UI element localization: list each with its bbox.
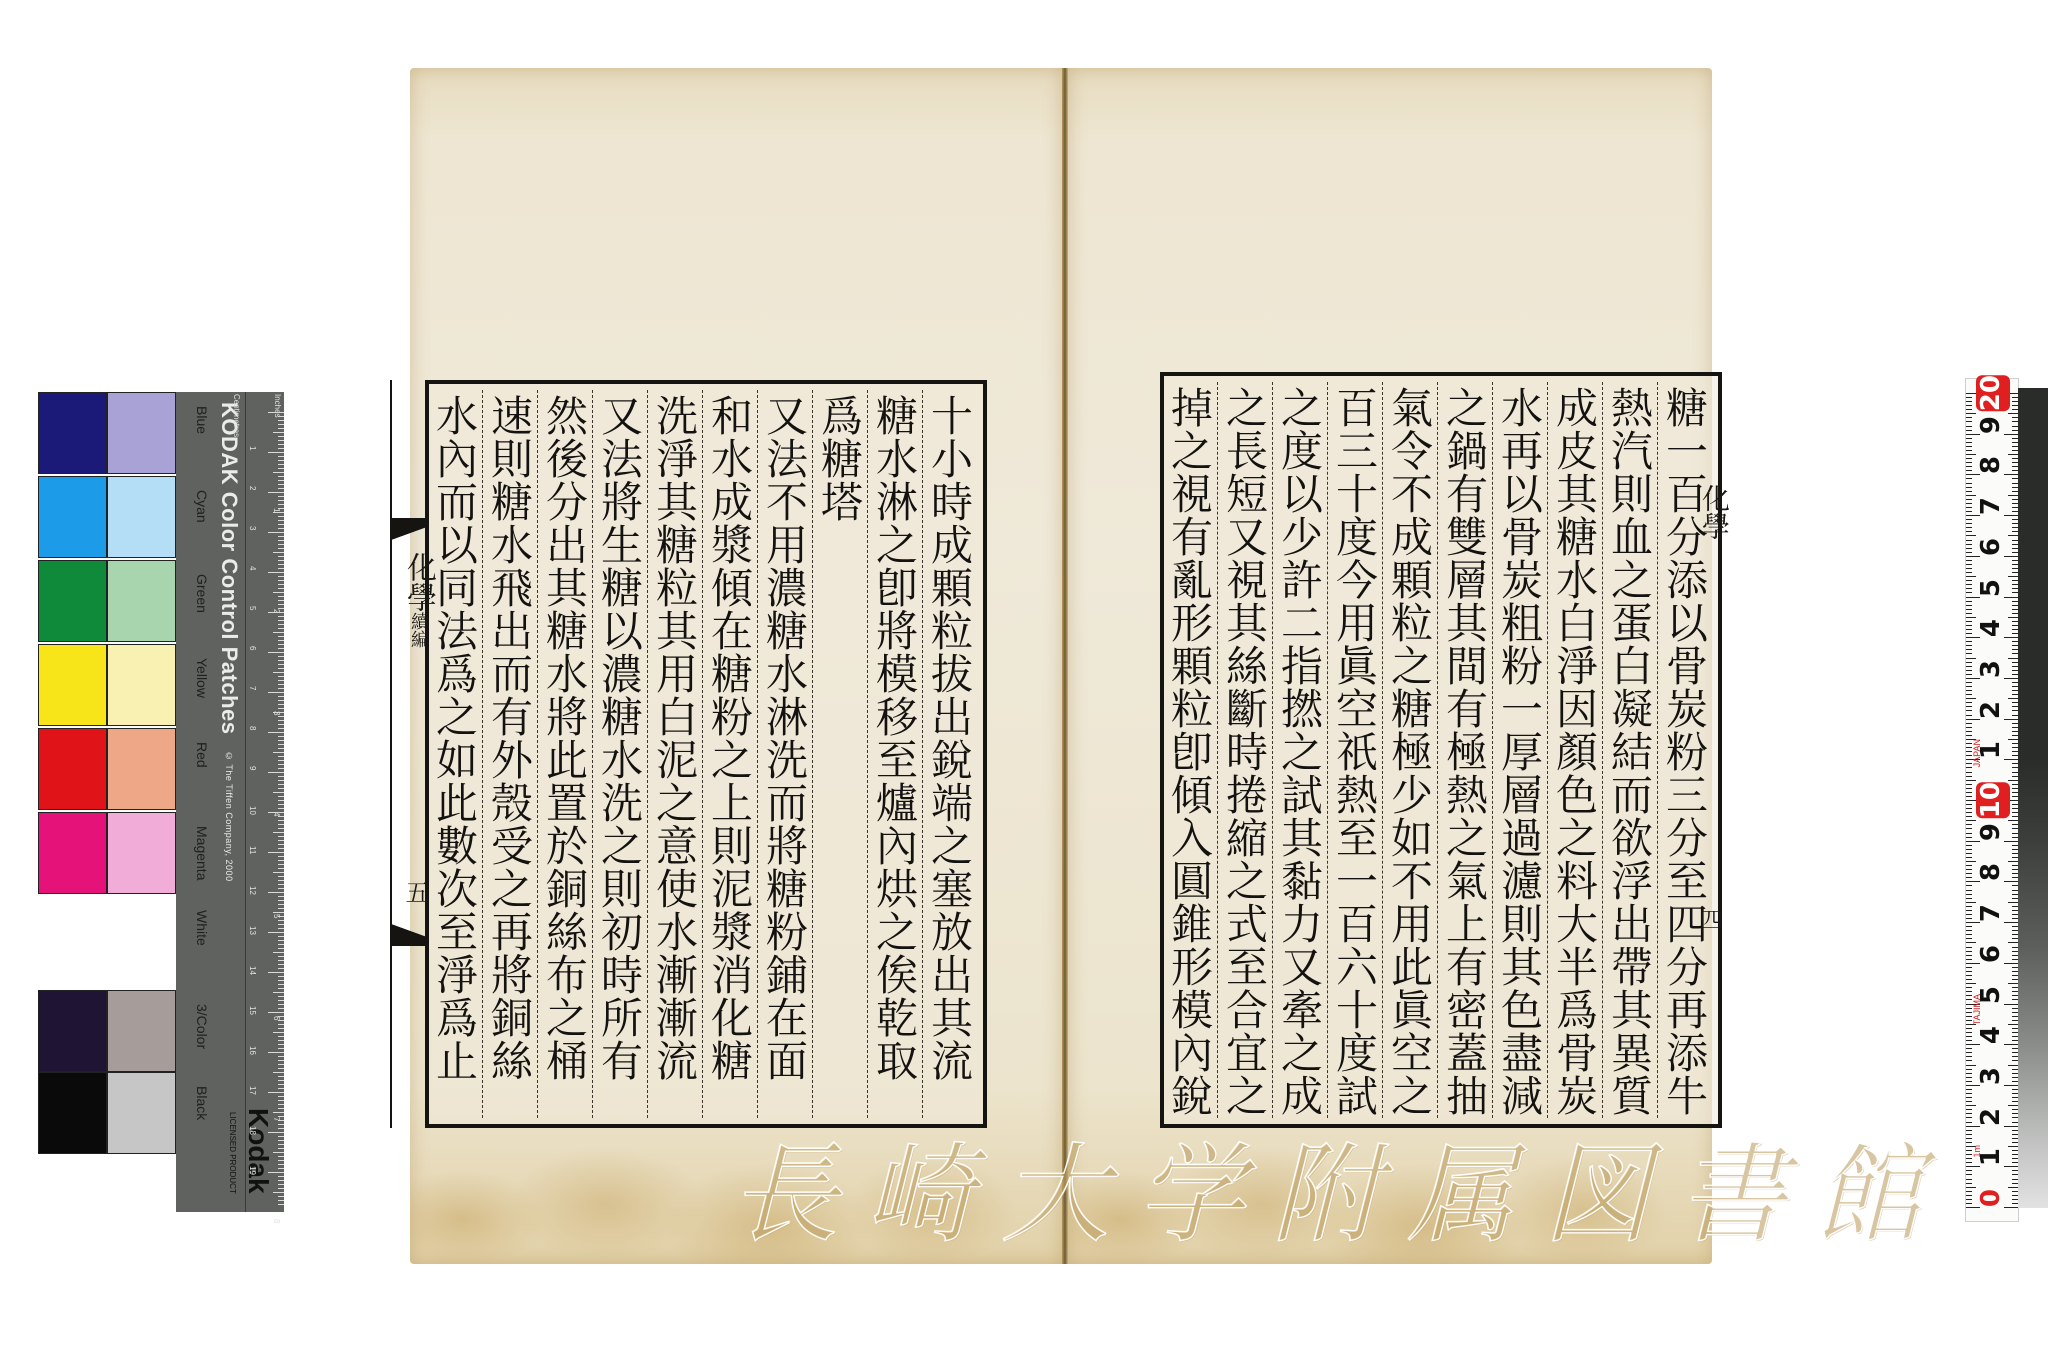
ruler-tick [273,1192,284,1193]
tape-tick [1966,894,1972,895]
tape-tick [1966,544,1972,545]
library-watermark: 長崎大学附属図書館 [730,1120,1930,1250]
ruler-tick [278,528,284,529]
ruler-tick [278,676,284,677]
tape-number: 6 [1976,945,2010,963]
tape-tick [2004,881,2018,882]
ruler-tick [278,704,284,705]
tape-tick [1966,397,1972,398]
tape-tick [1966,934,1972,935]
tape-tick [1966,478,1972,479]
tape-tick [1966,971,1972,972]
tape-tick [1966,576,1976,577]
tape-tick [1966,645,1972,646]
inch-tick-label: 5 [272,914,281,918]
cm-tick-label: 12 [248,886,257,895]
patch-row-3-color [38,990,176,1072]
patch-red-light [107,728,176,810]
right-text-frame: 糖一百分添以骨炭粉三分至四分再添牛血少許噴以熱汽則血之蛋白凝結而欲浮出帶其異質與… [1160,372,1722,1128]
ruler-tick [278,424,284,425]
color-label: Blue [184,406,210,434]
cm-tick-label: 10 [248,806,257,815]
ruler-tick [278,744,284,745]
cm-tick-label: 16 [248,1046,257,1055]
patch-white-dark [38,896,107,990]
left-text-frame: 十小時成顆粒拔出銳端之塞放出其流質再以少許濃糖水淋之卽將模移至爐內烘之俟乾取出削… [425,380,987,1128]
ruler-tick [278,960,284,961]
ruler-tick [278,628,284,629]
ruler-tick [278,1136,284,1137]
tape-tick [1966,641,1972,642]
ruler-tick [278,844,284,845]
color-labels: BlueCyanGreenYellowRedMagentaWhite3/Colo… [184,392,210,1212]
patch-yellow-light [107,644,176,726]
cm-tick-label: 18 [248,1126,257,1135]
ruler-tick [278,1124,284,1125]
tape-tick [1966,715,1972,716]
tape-tick [1966,540,1972,541]
tape-tick [1966,601,1972,602]
text-column: 氣令不成顆粒之糖極少如不用此眞空之法必熱至二 [1382,382,1437,1118]
ruler-tick [278,724,284,725]
tape-tick [2008,983,2018,984]
left-page: 十小時成顆粒拔出銳端之塞放出其流質再以少許濃糖水淋之卽將模移至爐內烘之俟乾取出削… [410,68,1062,1264]
text-column: 成皮其糖水白淨因顏色之料大半爲骨炭所合將此糖 [1547,382,1602,1118]
tape-tick [1966,446,1972,447]
ruler-tick [278,568,284,569]
ruler-tick [278,548,284,549]
ruler-tick [278,524,284,525]
cm-tick-label: 5 [248,606,257,610]
ruler-tick [278,1008,284,1009]
watermark-char: 図 [1543,1108,1659,1263]
patch-white-light [107,896,176,990]
ruler-tick [278,500,284,501]
ruler-tick [278,1060,284,1061]
ruler-tick [278,768,284,769]
ruler-tick [268,1132,284,1133]
color-label: Cyan [184,490,210,523]
ruler-tick [278,1156,284,1157]
cm-tick-label: 14 [248,966,257,975]
text-column: 和水成漿傾在糖粉之上則泥漿消化糖粉所成之糖水 [702,390,757,1118]
patch-row-black [38,1072,176,1154]
ruler-tick [273,672,284,673]
tape-tick [1966,511,1972,512]
ruler-tick [278,1040,284,1041]
color-label: Red [184,742,210,768]
ruler-tick [278,1128,284,1129]
ruler-tick [278,428,284,429]
ruler-tick [278,728,284,729]
ruler-tick [278,948,284,949]
tape-tick [1966,910,1972,911]
ruler-tick [278,456,284,457]
tape-tick [1966,967,1972,968]
ruler-tick [278,484,284,485]
color-label: Green [184,574,210,613]
ruler-tick [278,1196,284,1197]
tape-tick [1966,483,1972,484]
tape-tick [1966,438,1972,439]
ruler-tick [278,904,284,905]
patch-red-dark [38,728,107,810]
tape-number: 7 [1976,904,2010,922]
ruler-tick [273,832,284,833]
tape-number: 4 [1976,1026,2010,1044]
tape-tick [1966,674,1972,675]
color-label: 3/Color [184,1004,210,1049]
tape-tick [2008,902,2018,903]
tape-tick [1966,1158,1972,1159]
cm-tick-label: 6 [248,646,257,650]
tape-tick [2004,922,2018,923]
left-text-columns: 十小時成顆粒拔出銳端之塞放出其流質再以少許濃糖水淋之卽將模移至爐內烘之俟乾取出削… [435,390,977,1118]
ruler-tick [273,1152,284,1153]
tape-maker-text: TAJIMA [1972,994,1982,1025]
tape-tick [2004,637,2018,638]
cm-tick-label: 9 [248,766,257,770]
left-folio: 五 [398,880,433,904]
tape-tick [1966,1056,1972,1057]
tape-tick [1966,906,1972,907]
tape-tick [1966,690,1972,691]
tape-tick [1966,609,1972,610]
book-spread: 十小時成顆粒拔出銳端之塞放出其流質再以少許濃糖水淋之卽將模移至爐內烘之俟乾取出削… [410,68,1712,1264]
ruler-tick [278,956,284,957]
ruler-tick [268,412,284,413]
ruler-tick [278,700,284,701]
tape-tick [1966,503,1972,504]
ruler-tick [278,544,284,545]
tape-tick [2008,413,2018,414]
inch-tick-label: 2 [272,609,281,613]
ruler-tick [278,1200,284,1201]
tape-tick [1966,942,1976,943]
tape-tick [1966,820,1976,821]
patch-row-magenta [38,812,176,894]
tape-tick [1966,1105,1976,1106]
tape-tick [1966,828,1972,829]
ruler-tick [278,696,284,697]
patch-row-red [38,728,176,810]
ruler-tick [278,488,284,489]
tape-tick [1966,413,1976,414]
ruler-tick [278,1148,284,1149]
tape-tick [2004,1166,2018,1167]
tape-tick [1966,702,1972,703]
watermark-char: 附 [1272,1108,1388,1263]
right-text-columns: 糖一百分添以骨炭粉三分至四分再添牛血少許噴以熱汽則血之蛋白凝結而欲浮出帶其異質與… [1170,382,1712,1118]
ruler-tick [278,764,284,765]
ruler-tick [273,792,284,793]
ruler-tick [273,432,284,433]
ruler-tick [268,572,284,573]
text-column: 之鍋有雙層其間有極熱之氣上有密蓋抽去鍋內之空 [1437,382,1492,1118]
tape-tick [1966,426,1972,427]
ruler-tick [278,736,284,737]
ruler-tick [278,720,284,721]
ruler-tick [278,1000,284,1001]
ruler-tick [278,1088,284,1089]
ruler-tick [278,576,284,577]
color-label: Black [184,1086,210,1120]
ruler-tick [268,1092,284,1093]
ruler-tick [278,1100,284,1101]
tape-tick [1966,1109,1972,1110]
ruler-tick [278,804,284,805]
ruler-tick [278,780,284,781]
tape-tick [1966,861,1976,862]
ruler-tick [278,1144,284,1145]
tape-tick [1966,1077,1972,1078]
tape-number: 9 [1976,823,2010,841]
text-column: 熱汽則血之蛋白凝結而欲浮出帶其異質與炭粉同浮 [1602,382,1657,1118]
inch-tick-label: 3 [272,711,281,715]
ruler-tick [278,416,284,417]
ruler-tick [278,620,284,621]
tape-tick [1966,812,1972,813]
patch-row-blue [38,392,176,474]
text-column: 又法將生糖以濃糖水洗之則初時所有異質大半洗去 [592,390,647,1118]
tape-tick [1966,564,1972,565]
ruler-tick [278,656,284,657]
tape-tick [1966,804,1972,805]
tape-tick [1966,633,1972,634]
tape-tick [1966,592,1972,593]
tape-number: 2 [1976,701,2010,719]
patch-black-dark [38,1072,107,1154]
tape-tick [1966,621,1972,622]
ruler-tick [278,828,284,829]
tape-tick [2008,942,2018,943]
patch-blue-dark [38,392,107,474]
text-column: 糖水淋之卽將模移至爐內烘之俟乾取出削平其面名 [867,390,922,1118]
tape-number: 2 [1976,1108,2010,1126]
tape-tick [1966,560,1972,561]
tape-tick [1966,568,1972,569]
tape-tick [2008,820,2018,821]
ruler-tick [278,668,284,669]
cm-tick-label: 3 [248,526,257,530]
text-column: 爲糖塔 [812,390,867,1118]
text-column: 然後分出其糖水將此置於銅絲布之桶內此桶轉動極 [537,390,592,1118]
ruler-tick [278,1004,284,1005]
ruler-tick [278,660,284,661]
cm-tick-label: 4 [248,566,257,570]
ruler-tick [278,616,284,617]
tape-tick [1966,922,1980,923]
tape-tick [2008,1024,2018,1025]
ruler-tick [273,512,284,513]
tape-tick [1966,1142,1972,1143]
ruler-tick [278,824,284,825]
ruler-tick [278,864,284,865]
ruler-tick [278,908,284,909]
ruler-tick [278,920,284,921]
patch-row-cyan [38,476,176,558]
tape-tick [1966,1134,1972,1135]
tape-tick [1966,1122,1972,1123]
ruler-tick [273,912,284,913]
ruler-tick [278,796,284,797]
ruler-tick [278,716,284,717]
ruler-tick [278,584,284,585]
patch-magenta-dark [38,812,107,894]
patch-magenta-light [107,812,176,894]
ruler-tick [278,1204,284,1205]
tape-tick [1966,535,1976,536]
ruler-tick [278,1188,284,1189]
centimetres-label: Centimetres [232,394,241,437]
tape-tick [1966,865,1972,866]
cm-tick-label: 19 [248,1166,257,1175]
left-margin-title: 化學續編 [396,552,440,648]
ruler-tick [278,1176,284,1177]
tape-tick [1966,796,1972,797]
tape-tick [1966,605,1972,606]
tape-tick [1966,767,1972,768]
tape-tick [2008,1146,2018,1147]
text-column: 之長短又視其絲斷時捲縮之式至合宜之時盛於盤內 [1217,382,1272,1118]
ruler-tick [278,624,284,625]
tape-tick [1966,491,1972,492]
patch-row-white [38,896,176,990]
tape-tick [1966,519,1972,520]
patch-yellow-dark [38,644,107,726]
kodak-title-text: KODAK Color Control Patches [217,402,242,735]
text-column: 之度以少許二指撚之試其黏力又牽之成絲而視其絲 [1272,382,1327,1118]
ruler-tick [278,1068,284,1069]
cm-tick-label: 2 [248,486,257,490]
ruler-tick [278,1084,284,1085]
ruler-tick [278,596,284,597]
tape-tick [1966,877,1972,878]
cm-tick-label: 1 [248,446,257,450]
left-margin-subtitle: 續編 [408,612,429,648]
right-margin-title: 化學 [1694,484,1734,540]
tape-tick [1966,890,1972,891]
ruler-tick [278,636,284,637]
tape-tick [1966,902,1976,903]
patch-cyan-dark [38,476,107,558]
tape-tick [1966,776,1972,777]
ruler-tick [268,1172,284,1173]
ruler-tick [278,888,284,889]
ruler-tick [278,1048,284,1049]
tape-tick [1966,552,1972,553]
ruler-tick [278,984,284,985]
text-column: 水再以骨炭粗粉一厚層過濾則其色盡減盛於鍋內熬 [1492,382,1547,1118]
inch-tick-label: 4 [272,812,281,816]
ruler-tick [268,852,284,853]
kodak-ruler: Inches Centimetres 123456789101112131415… [245,392,284,1212]
text-column: 速則糖水飛出而有外殼受之再將銅絲布桶搵入新糖 [482,390,537,1118]
tape-tick [1966,788,1972,789]
ruler-tick [278,760,284,761]
ruler-tick [278,464,284,465]
tape-ticks: 01234567891012345678920 [1966,379,2018,1221]
ruler-tick [278,444,284,445]
ruler-tick [268,972,284,973]
tape-tick [1966,625,1972,626]
ruler-tick [278,468,284,469]
text-column: 又法不用濃糖水淋洗而將糖粉鋪在面上再將淨白泥 [757,390,812,1118]
tape-tick [1966,808,1972,809]
ruler-tick [278,976,284,977]
cm-tick-label: 17 [248,1086,257,1095]
ruler-tick [278,820,284,821]
tape-tick [1966,487,1972,488]
tape-tick [1966,881,1980,882]
patch-black-light [107,1072,176,1154]
tape-tick [2004,759,2018,760]
tape-tick [1966,853,1972,854]
ruler-tick [278,1164,284,1165]
fishtail-upper-icon [392,518,428,544]
ruler-tick [278,808,284,809]
watermark-char: 大 [1001,1108,1117,1263]
ruler-tick [278,640,284,641]
text-column: 洗淨其糖粒其用白泥之意使水漸漸流下 [647,390,702,1118]
tape-tick [1966,824,1972,825]
tape-tick [1966,466,1972,467]
patch-green-dark [38,560,107,642]
patch-green-light [107,560,176,642]
text-column: 百三十度今用眞空祇熱至一百六十度試驗糖水稠稀 [1327,382,1382,1118]
tape-tick [1966,1069,1972,1070]
tape-tick [2008,698,2018,699]
ruler-tick [278,800,284,801]
watermark-char: 館 [1814,1108,1930,1263]
color-label: Yellow [184,658,210,698]
ruler-tick [278,648,284,649]
ruler-tick [278,1024,284,1025]
ruler-tick [278,740,284,741]
tape-brand-text: JAPAN [1972,739,1982,767]
watermark-char: 崎 [865,1108,981,1263]
tape-tick [1966,698,1976,699]
tape-tick [1966,527,1972,528]
ruler-tick [278,788,284,789]
tape-tick [1966,637,1980,638]
ruler-tick [278,480,284,481]
tape-tick [1966,1113,1972,1114]
tape-tick [1966,462,1972,463]
ruler-tick [278,644,284,645]
tape-tick [1966,947,1972,948]
tape-number: 6 [1976,538,2010,556]
tape-tick [1966,735,1972,736]
tape-number: 5 [1976,579,2010,597]
tape-tick [1966,1203,1972,1204]
tape-number: 20 [1976,375,2010,411]
tape-tick [1966,629,1972,630]
tape-number: 9 [1976,416,2010,434]
ruler-tick [278,1080,284,1081]
right-page-margin-block: 化學 四 [1702,372,1722,1128]
tape-tick [1966,1130,1972,1131]
tape-tick [1966,837,1972,838]
tape-tick [1966,1101,1972,1102]
tape-tick [1966,430,1972,431]
tape-tick [1966,613,1972,614]
tape-tick [1966,653,1972,654]
tape-tick [2008,576,2018,577]
watermark-char: 属 [1407,1108,1523,1263]
grayscale-strip [2018,388,2048,1208]
ruler-tick [278,1056,284,1057]
